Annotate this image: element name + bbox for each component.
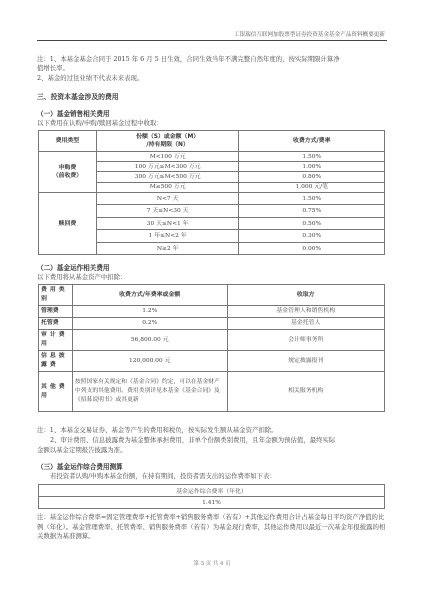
combined-fee-table: 基金运作综合费率（年化） 1.41% [38,484,385,509]
header-range-line-2: /持有期限（N） [99,141,237,149]
combined-fee-value: 1.41% [39,497,385,509]
rate-cell: 1.50% [239,192,385,205]
operating-fees-note-1: 注：1、本基金交易证券、基金等产生的费用和税负，按实际发生额从基金资产扣除。 [37,426,278,436]
fee-type-label: 申购费 [41,164,94,172]
header-receiver: 收取方 [227,285,385,306]
range-cell: 1 年≤N<2 年 [96,230,239,243]
rate-cell: 0.00% [239,242,385,255]
rate-cell: 0.30% [239,230,385,243]
table-header-row: 费用类别 收费方式/年费率或金额 收取方 [39,285,385,306]
combined-fee-note: 注：基金运作综合费率=固定管理费率+托管费率+销售服务费率（若有）+其他运作费用… [37,513,387,542]
table-row: 1.41% [39,497,385,509]
fee-type-sublabel: （前收费） [41,172,94,180]
combined-fee-intro: 若投资者认购/申购本基金份额，在持有期间，投资者需支出的运作费率如下表： [50,472,276,482]
operating-fees-intro: 以下费用将从基金资产中扣除： [37,273,126,283]
rate-cell: 0.50% [239,217,385,230]
rate-cell: 56,800.00 元 [72,330,227,351]
table-header-row: 基金运作综合费率（年化） [39,485,385,497]
rate-cell: 0.80% [239,172,385,182]
receiver-cell: 基金托管人 [227,318,385,330]
page-header: 工银瑞信互联网加股票型证券投资基金基金产品资料概要更新 [37,28,387,41]
fee-type-subscription: 申购费 （前收费） [39,152,97,193]
range-cell: 7 天≤N<30 天 [96,205,239,218]
table-row: 申购费 （前收费） M<100 万元 1.50% [39,152,385,162]
table-row: 管理费 1.2% 基金管理人和销售机构 [39,306,385,318]
performance-note-1-line-2: 值增长率。 [37,64,69,74]
table-row: 托管费 0.2% 基金托管人 [39,318,385,330]
rate-cell: 0.75% [239,205,385,218]
fee-category-cell: 其他费用 [39,372,73,412]
table-row: 信息披露费 120,000.00 元 规定披露报刊 [39,351,385,372]
operating-fees-table: 费用类别 收费方式/年费率或金额 收取方 管理费 1.2% 基金管理人和销售机构… [38,284,385,412]
rate-cell: 1.2% [72,306,227,318]
rate-cell: 按照国家有关规定和《基金合同》约定，可以在基金财产中列支的其他费用。费用类别详见… [72,372,227,412]
header-fee-category: 费用类别 [39,285,73,306]
receiver-cell: 基金管理人和销售机构 [227,306,385,318]
section-title-fees: 三、投资本基金涉及的费用 [37,93,119,103]
header-range-line-1: 份额（S）或金额（M） [99,133,237,141]
performance-note-1-line-1: 注：1、本基金基金合同于 2015 年 6 月 5 日生效，合同生效当年不满完整… [37,55,340,65]
range-cell: M<100 万元 [96,152,239,162]
fee-category-cell: 审计费用 [39,330,73,351]
range-cell: 30 天≤N<1 年 [96,217,239,230]
rate-cell: 0.2% [72,318,227,330]
receiver-cell: 相关服务机构 [227,372,385,412]
page-number: 第 3 页 共 4 页 [0,559,424,567]
rate-cell: 1,000 元/笔 [239,182,385,192]
fee-category-cell: 托管费 [39,318,73,330]
fee-category-cell: 管理费 [39,306,73,318]
document-page: 工银瑞信互联网加股票型证券投资基金基金产品资料概要更新 注：1、本基金基金合同于… [0,0,424,600]
table-row: 审计费用 56,800.00 元 会计师事务所 [39,330,385,351]
range-cell: N<7 天 [96,192,239,205]
fee-type-redemption: 赎回费 [39,192,97,255]
receiver-cell: 规定披露报刊 [227,351,385,372]
performance-note-2: 2、基金的过往业绩不代表未来表现。 [37,74,143,84]
range-cell: 100 万元≤M<300 万元 [96,162,239,172]
header-fee-type: 费用类型 [39,131,97,152]
fee-category-cell: 信息披露费 [39,351,73,372]
sales-fees-intro: 以下费用在认购/申购/赎回基金过程中收取： [37,119,163,129]
operating-fees-note-2-line-1: 2、审计费用、信息披露费为基金整体承担费用，非单个份额类别费用，且年金额为预估值… [50,436,335,446]
range-cell: N≥2 年 [96,242,239,255]
rate-cell: 120,000.00 元 [72,351,227,372]
header-range: 份额（S）或金额（M） /持有期限（N） [96,131,239,152]
operating-fees-note-2-line-2: 金额以基金定期报告披露为准。 [37,446,126,456]
sales-fees-table: 费用类型 份额（S）或金额（M） /持有期限（N） 收费方式/费率 申购费 （前… [38,130,385,255]
header-rate-or-amount: 收费方式/年费率或金额 [72,285,227,306]
combined-fee-header: 基金运作综合费率（年化） [39,485,385,497]
table-header-row: 费用类型 份额（S）或金额（M） /持有期限（N） 收费方式/费率 [39,131,385,152]
rate-cell: 1.50% [239,152,385,162]
header-rate: 收费方式/费率 [239,131,385,152]
header-title: 工银瑞信互联网加股票型证券投资基金基金产品资料概要更新 [234,30,385,38]
table-row: 赎回费 N<7 天 1.50% [39,192,385,205]
range-cell: M≥500 万元 [96,182,239,192]
receiver-cell: 会计师事务所 [227,330,385,351]
table-row: 其他费用 按照国家有关规定和《基金合同》约定，可以在基金财产中列支的其他费用。费… [39,372,385,412]
rate-cell: 1.00% [239,162,385,172]
range-cell: 300 万元≤M<500 万元 [96,172,239,182]
